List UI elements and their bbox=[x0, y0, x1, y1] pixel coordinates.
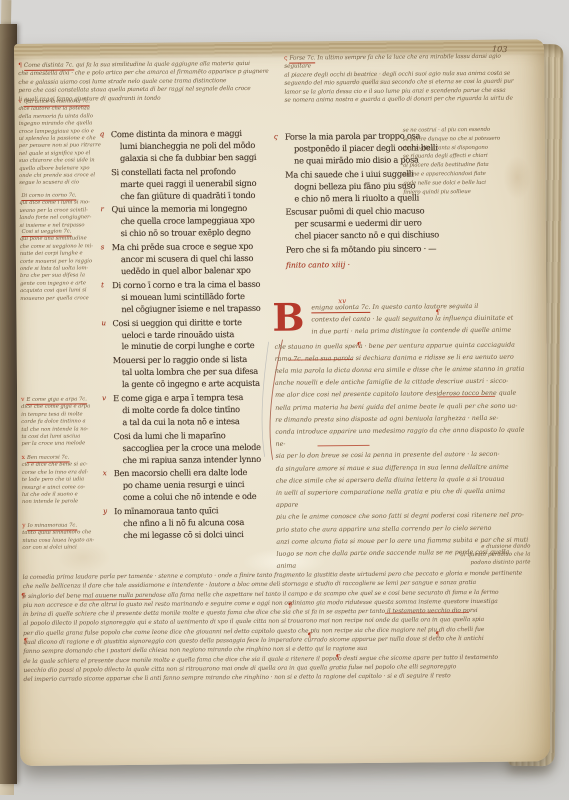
gloss-tie-mark: x bbox=[22, 454, 25, 461]
tie-mark: t bbox=[101, 280, 104, 292]
tercet: x Ben macorsio chelli era dalte lode po … bbox=[114, 467, 296, 504]
tercet: Si constellati facta nel profondo marte … bbox=[111, 165, 293, 202]
verse-line: uedēdo in quel albor balenar xpo bbox=[112, 265, 294, 278]
tie-mark: s bbox=[101, 242, 105, 254]
tie-mark: v bbox=[102, 393, 106, 405]
canto-end-rubric: finito canto xiiij · bbox=[286, 258, 492, 272]
bottom-commentary: la comedia prima laudare parla per tamen… bbox=[23, 569, 551, 685]
verse-line: che mi rapiua sanza intender lynno bbox=[114, 453, 296, 466]
gloss-tie-mark: v bbox=[21, 396, 24, 403]
tercet: Pero che si fa mōtando piu sincero · — bbox=[286, 243, 492, 257]
verse-line: nel cōgiugner īsieme e nel trapasso bbox=[112, 302, 294, 315]
gloss-text: tanto quiui sinnamoro che niuna cosa lau… bbox=[22, 529, 120, 552]
pilcrow-mark: ¶ bbox=[435, 308, 440, 316]
pilcrow-mark: ¶ bbox=[23, 637, 28, 645]
tercet: q Come distinta da minora e maggi lumi b… bbox=[111, 128, 293, 165]
verse-column-2: ς Forse la mia parola par troppo osa pos… bbox=[285, 130, 492, 272]
verse-line: galaxia si che fa dubbiar ben saggi bbox=[111, 151, 293, 164]
screenshot-root: { "page": { "folio": "103", "rubric_red"… bbox=[0, 0, 569, 800]
tercet: Ma chi sauede che i uiui suggelli dogni … bbox=[285, 168, 491, 206]
verse-column-1: q Come distinta da minora e maggi lumi b… bbox=[111, 128, 297, 544]
manuscript-page: 103 ¶Come distinta 7c. qui fa la sua sim… bbox=[14, 39, 550, 766]
margin-gloss-io-minnamorava: yIo minamoraua 7c. tanto quiui sinnamoro… bbox=[22, 521, 120, 552]
tie-mark: x bbox=[103, 469, 107, 481]
tercet: t Di corno ī corno e tra la cima el bass… bbox=[112, 278, 294, 315]
top-gloss-right: ςForse 7c. In ultimo sempre fa che la lu… bbox=[284, 53, 528, 106]
photo-background: 103 ¶Come distinta 7c. qui fa la sua sim… bbox=[0, 0, 569, 800]
tercet: v E come giga e arpa ī tempra tesa di mo… bbox=[113, 392, 295, 429]
bottom-intro-note: e diuisione dando di questo paradiso che… bbox=[318, 544, 530, 569]
gloss-lemma: Come distinta 7c. bbox=[24, 62, 74, 70]
verse-line: le minutie de corpi lunghe e corte bbox=[113, 340, 295, 353]
tie-mark: r bbox=[100, 205, 103, 217]
verse-line: che fan giūture di quadrāti ī tondo bbox=[111, 189, 293, 202]
margin-gloss-qui-vince: vQui uince la memoria 7c. dice lautore c… bbox=[18, 97, 117, 188]
pilcrow-mark: ¶ bbox=[357, 341, 362, 349]
tercet: s Ma chi prēde sua croce e segue xpo anc… bbox=[112, 241, 294, 278]
tercet: Escusar puōmi di quel chio macuso per sc… bbox=[285, 205, 491, 243]
tercet: y Io mīnamoraua tanto quīci che nfino a … bbox=[114, 505, 296, 542]
gloss-tie-mark: y bbox=[22, 522, 25, 529]
initial-letter-B: B bbox=[272, 300, 304, 333]
tie-mark: y bbox=[103, 506, 107, 518]
pilcrow-mark: ¶ bbox=[307, 631, 312, 639]
tercet: Mouersi per lo raggio onde si lista tal … bbox=[113, 354, 295, 391]
tie-mark: u bbox=[101, 318, 106, 330]
verse-line: Pero che si fa mōtando piu sincero · — bbox=[286, 243, 492, 257]
pilcrow-mark: ¶ bbox=[335, 653, 340, 661]
gloss-text: dice lautore che la potenza della memori… bbox=[19, 106, 118, 188]
gloss-tie-mark: ¶ bbox=[18, 62, 22, 69]
verse-line: come a colui che nō intende e ode bbox=[114, 491, 296, 504]
commentary-body: che stauano in quella spera · bene per u… bbox=[275, 339, 530, 573]
verse-line: si chio nō so trouar exēplo degno bbox=[112, 227, 294, 240]
tercet: r Qui uince la memoria mi longegno che q… bbox=[111, 203, 293, 240]
verse-line: la gente cō ingegno e arte acquista bbox=[113, 378, 295, 391]
pilcrow-mark: ¶ bbox=[21, 592, 26, 600]
verse-line: e chio nō mera li riuolto a quelli bbox=[285, 191, 491, 205]
tercet: Cosi da lumi che li maparīno saccogliea … bbox=[113, 429, 295, 466]
chapter-number: xv bbox=[338, 295, 346, 307]
pilcrow-mark: ¶ bbox=[435, 630, 440, 638]
tie-mark: ς bbox=[274, 132, 278, 144]
tercet: ς Forse la mia parola par troppo osa pos… bbox=[285, 130, 491, 168]
verse-line: chel piacer sancto nō e qui dischiuso bbox=[286, 229, 492, 243]
pilcrow-mark: ¶ bbox=[288, 602, 293, 610]
verse-line: che mi legasse cō si dolci uinci bbox=[114, 529, 296, 542]
gloss-tie-mark: ς bbox=[284, 55, 287, 62]
verse-line: a tal da cui la nota nō e intesa bbox=[113, 415, 295, 428]
gloss-lemma: Forse 7c. bbox=[289, 55, 315, 63]
gloss-text: In ultimo sempre fa che la luce che era … bbox=[284, 54, 513, 104]
verse-line: ne quai mirādo mio disio a posa bbox=[285, 154, 491, 168]
tie-mark: q bbox=[100, 129, 105, 141]
gloss-text: dice che come giga e arpa in tempra tesa… bbox=[21, 404, 119, 449]
canto15-commentary: xv B enigna uolonta 7c. In questo canto … bbox=[274, 292, 529, 574]
gloss-tie-mark: v bbox=[18, 98, 21, 105]
tercet: u Cosi si ueggion qui diritte e torte ue… bbox=[112, 316, 294, 353]
